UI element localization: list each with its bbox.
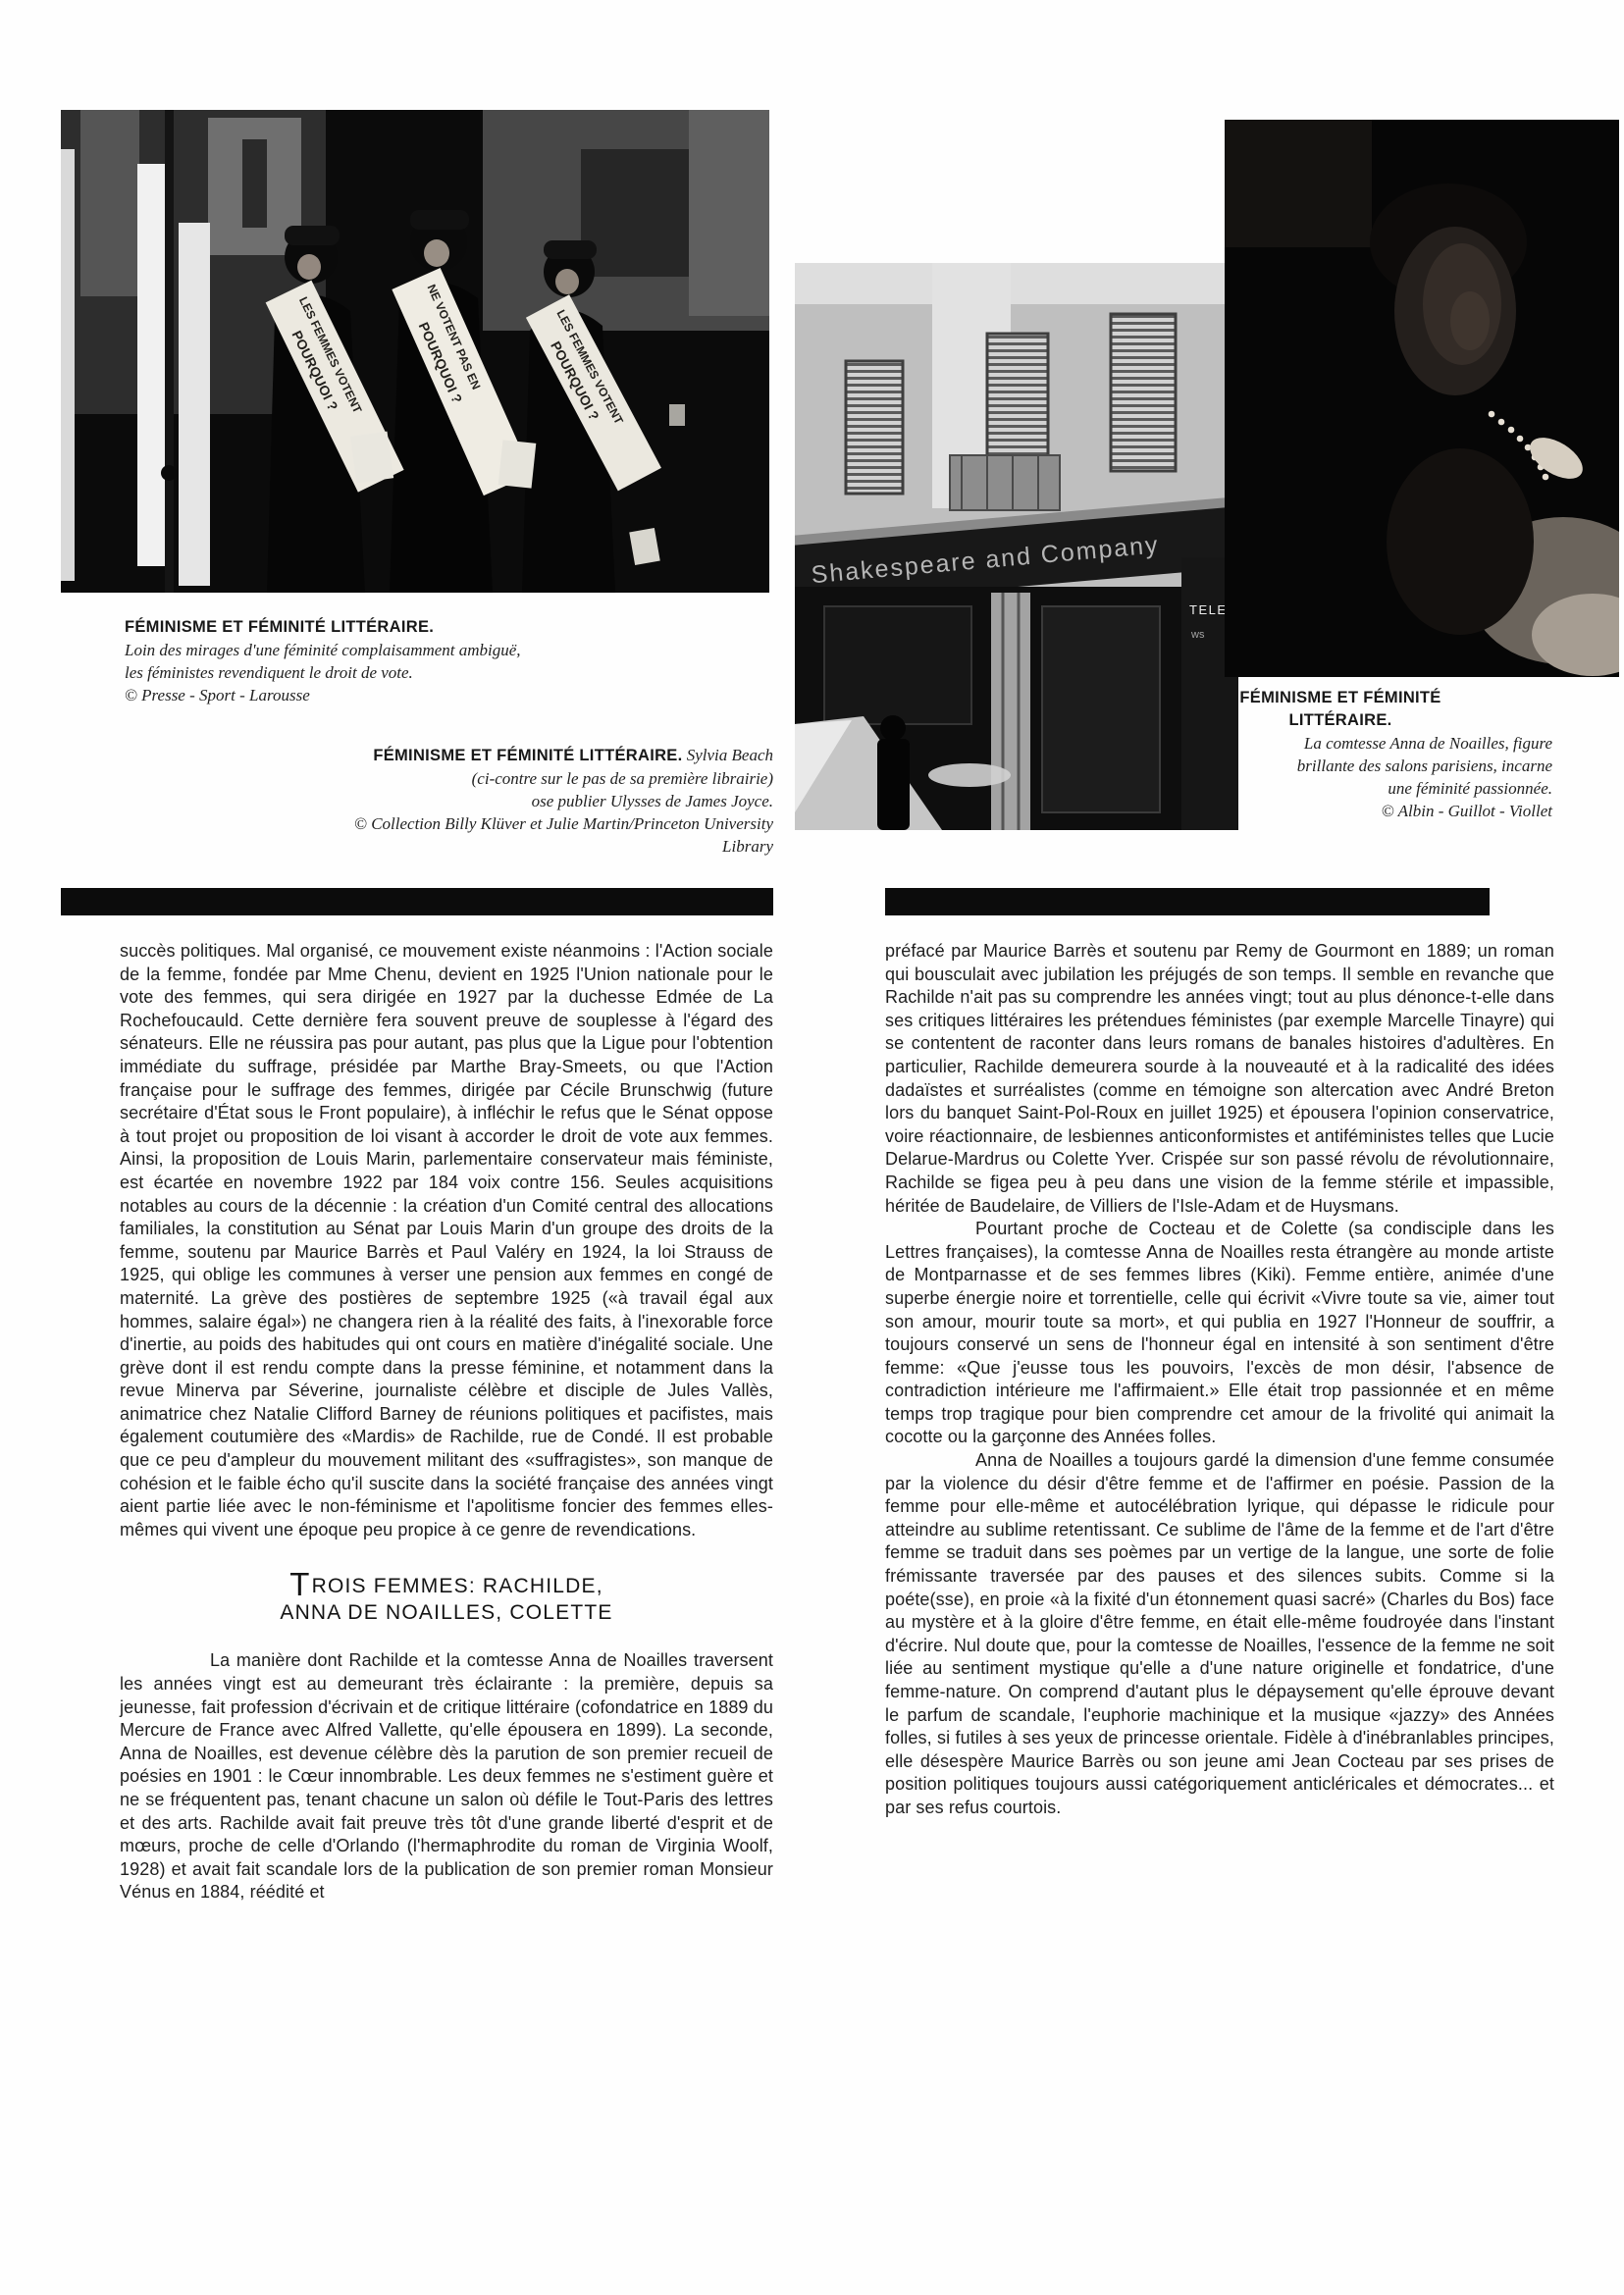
caption-line: une féminité passionnée. — [1128, 777, 1552, 800]
pole — [165, 110, 174, 593]
caption-line: ose publier Ulysses de James Joyce. — [226, 790, 773, 812]
caption-suffragettes: FÉMINISME ET FÉMINITÉ LITTÉRAIRE. Loin d… — [125, 616, 615, 706]
window-shutter — [1111, 314, 1176, 471]
heading-initial: T — [289, 1566, 310, 1602]
right-column: préfacé par Maurice Barrès et soutenu pa… — [885, 940, 1554, 1820]
caption-line: brillante des salons parisiens, incarne — [1128, 755, 1552, 777]
section-heading: TROIS FEMMES: RACHILDE, ANNA DE NOAILLES… — [120, 1571, 773, 1626]
leaflet — [350, 432, 393, 484]
caption-title-line: FÉMINISME ET FÉMINITÉ LITTÉRAIRE. Sylvia… — [226, 744, 773, 767]
window-shutter — [846, 361, 903, 494]
caption-line: (ci-contre sur le pas de sa première lib… — [226, 767, 773, 790]
tele-sign-text: TELE — [1189, 602, 1228, 617]
small-sign-text: ws — [1190, 629, 1205, 641]
caption-line: les féministes revendiquent le droit de … — [125, 661, 615, 684]
left-column: succès politiques. Mal organisé, ce mouv… — [120, 940, 773, 1904]
caption-bookshop: FÉMINISME ET FÉMINITÉ LITTÉRAIRE. Sylvia… — [226, 744, 773, 858]
caption-title-line1: FÉMINISME ET FÉMINITÉ — [1128, 687, 1552, 709]
suffragettes-photo: LES FEMMES VOTENT POURQUOI ? NE VOTENT P… — [61, 110, 769, 593]
magazine-page: LES FEMMES VOTENT POURQUOI ? NE VOTENT P… — [0, 0, 1624, 2295]
light-strip — [61, 149, 75, 581]
left-column-paragraph-2: La manière dont Rachilde et la comtesse … — [120, 1649, 773, 1904]
caption-title: FÉMINISME ET FÉMINITÉ LITTÉRAIRE. — [373, 747, 682, 764]
leaflet — [498, 440, 537, 488]
caption-credit: © Collection Billy Klüver et Julie Marti… — [226, 812, 773, 835]
right-column-paragraph-2: Pourtant proche de Cocteau et de Colette… — [885, 1218, 1554, 1449]
section-divider-bar-left — [61, 888, 773, 915]
heading-line1-text: ROIS FEMMES: RACHILDE, — [312, 1575, 603, 1597]
caption-line: Loin des mirages d'une féminité complais… — [125, 639, 615, 661]
left-column-paragraph-1: succès politiques. Mal organisé, ce mouv… — [120, 940, 773, 1541]
section-heading-line1: TROIS FEMMES: RACHILDE, — [120, 1571, 773, 1599]
passerby-figure — [877, 715, 910, 830]
caption-title-line2: LITTÉRAIRE. — [1128, 709, 1552, 732]
caption-credit: © Presse - Sport - Larousse — [125, 684, 615, 706]
right-column-paragraph-3: Anna de Noailles a toujours gardé la dim… — [885, 1449, 1554, 1820]
caption-title: FÉMINISME ET FÉMINITÉ LITTÉRAIRE. — [125, 616, 615, 639]
portrait-photo — [1225, 120, 1619, 677]
caption-credit-line2: Library — [226, 835, 773, 858]
caption-portrait: FÉMINISME ET FÉMINITÉ LITTÉRAIRE. La com… — [1128, 687, 1552, 822]
caption-credit: © Albin - Guillot - Viollet — [1128, 800, 1552, 822]
balcony-grille — [950, 455, 1060, 510]
caption-line: La comtesse Anna de Noailles, figure — [1128, 732, 1552, 755]
section-divider-bar-right — [885, 888, 1490, 915]
right-column-paragraph-1: préfacé par Maurice Barrès et soutenu pa… — [885, 940, 1554, 1218]
section-heading-line2: ANNA DE NOAILLES, COLETTE — [120, 1599, 773, 1626]
caption-subject: Sylvia Beach — [682, 746, 773, 764]
